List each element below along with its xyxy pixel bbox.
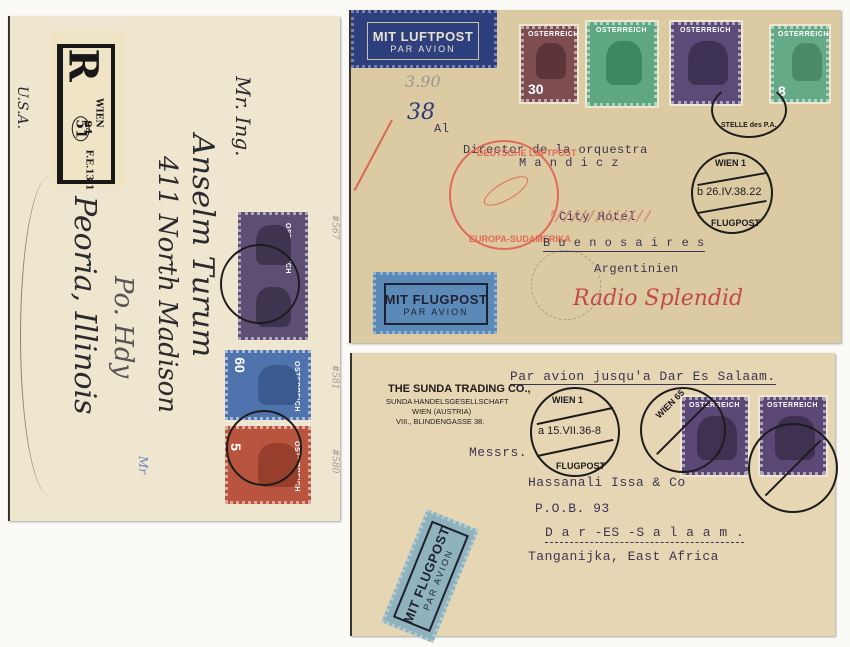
postmark-small: STELLE des P.A.	[711, 82, 787, 138]
address-line-pob: P.O.B. 93	[535, 501, 610, 516]
handwritten-curve	[20, 176, 80, 496]
red-strikethrough	[551, 210, 651, 222]
blue-initials: Mr	[136, 456, 150, 474]
registration-letter: R	[60, 49, 107, 95]
address-line-country: Tanganijka, East Africa	[528, 549, 719, 564]
postmark-wien-left-lower	[226, 410, 302, 486]
address-line-al: Al	[434, 122, 449, 136]
airmail-label-flugpost-diagonal: MIT FLUGPOST PAR AVION	[381, 509, 479, 643]
salutation: Messrs.	[469, 445, 527, 460]
red-cachet-zeppelin: DEUTSCHE LUFTPOST EUROPA-SUDAMERIKA	[449, 140, 559, 250]
address-line-city: D a r -ES -S a l a a m .	[545, 525, 744, 543]
postmark-wien-flugpost-1936: WIEN 1 a 15.VII.36-8 FLUGPOST	[530, 387, 620, 477]
sender-company: THE SUNDA TRADING CO.,	[388, 383, 531, 395]
blue-note: 38	[407, 100, 435, 125]
registration-number: 51	[72, 116, 90, 141]
address-line-2: Anselm Turum	[185, 134, 220, 357]
registration-form-code: F.E.13/1	[83, 150, 93, 191]
address-line-3: 411 North Madison	[152, 156, 182, 413]
envelope-top-right: MIT LUFTPOST PAR AVION 3.90 38 OSTERREIC…	[349, 10, 841, 343]
postmark-wien-65-b	[748, 423, 838, 513]
address-line-company: Hassanali Issa & Co	[528, 475, 686, 490]
catalog-note-1: #567	[329, 215, 339, 240]
sender-line-4: VIII., BLINDENGASSE 38.	[396, 417, 484, 426]
zeppelin-icon	[480, 171, 532, 212]
airmail-label-flugpost: MIT FLUGPOST PAR AVION	[373, 272, 497, 334]
registration-label: R WIEN 94 51 F.E.13/1	[50, 30, 126, 188]
airmail-routing-line: Par avion jusqu'a Dar Es Salaam.	[510, 369, 776, 385]
faint-postmark	[531, 250, 601, 320]
red-pencil-stroke	[354, 120, 393, 192]
postmark-wien-left-upper	[220, 244, 300, 324]
sender-line-2: SUNDA HANDELSGESELLSCHAFT	[386, 397, 509, 406]
stamp-8-groschen: OSTERREICH 8	[771, 26, 829, 102]
envelope-left: R WIEN 94 51 F.E.13/1 U.S.A. Mr. Ing. An…	[8, 16, 340, 521]
stamp-30-groschen: OSTERREICH 30	[521, 26, 577, 102]
envelope-bottom-right: Par avion jusqu'a Dar Es Salaam. THE SUN…	[350, 353, 835, 636]
sender-line-3: WIEN (AUSTRIA)	[412, 407, 471, 416]
postmark-wien-flugpost-1938: WIEN 1 b 26.IV.38.22 FLUGPOST	[691, 152, 773, 234]
address-line-4: Po. Hdy	[108, 276, 138, 378]
catalog-note-2: #581	[329, 365, 339, 390]
address-line-country: Argentinien	[594, 262, 679, 276]
registration-office: WIEN	[94, 98, 104, 127]
pencil-note: 3.90	[405, 72, 441, 91]
handwritten-country: U.S.A.	[14, 86, 30, 129]
address-line-1: Mr. Ing.	[231, 76, 255, 157]
airmail-label-luftpost: MIT LUFTPOST PAR AVION	[351, 10, 497, 68]
catalog-note-3: #580	[329, 449, 339, 474]
stamp-green-schilling: OSTERREICH	[587, 22, 657, 106]
postmark-wien-65-a: WIEN 65	[640, 387, 726, 473]
